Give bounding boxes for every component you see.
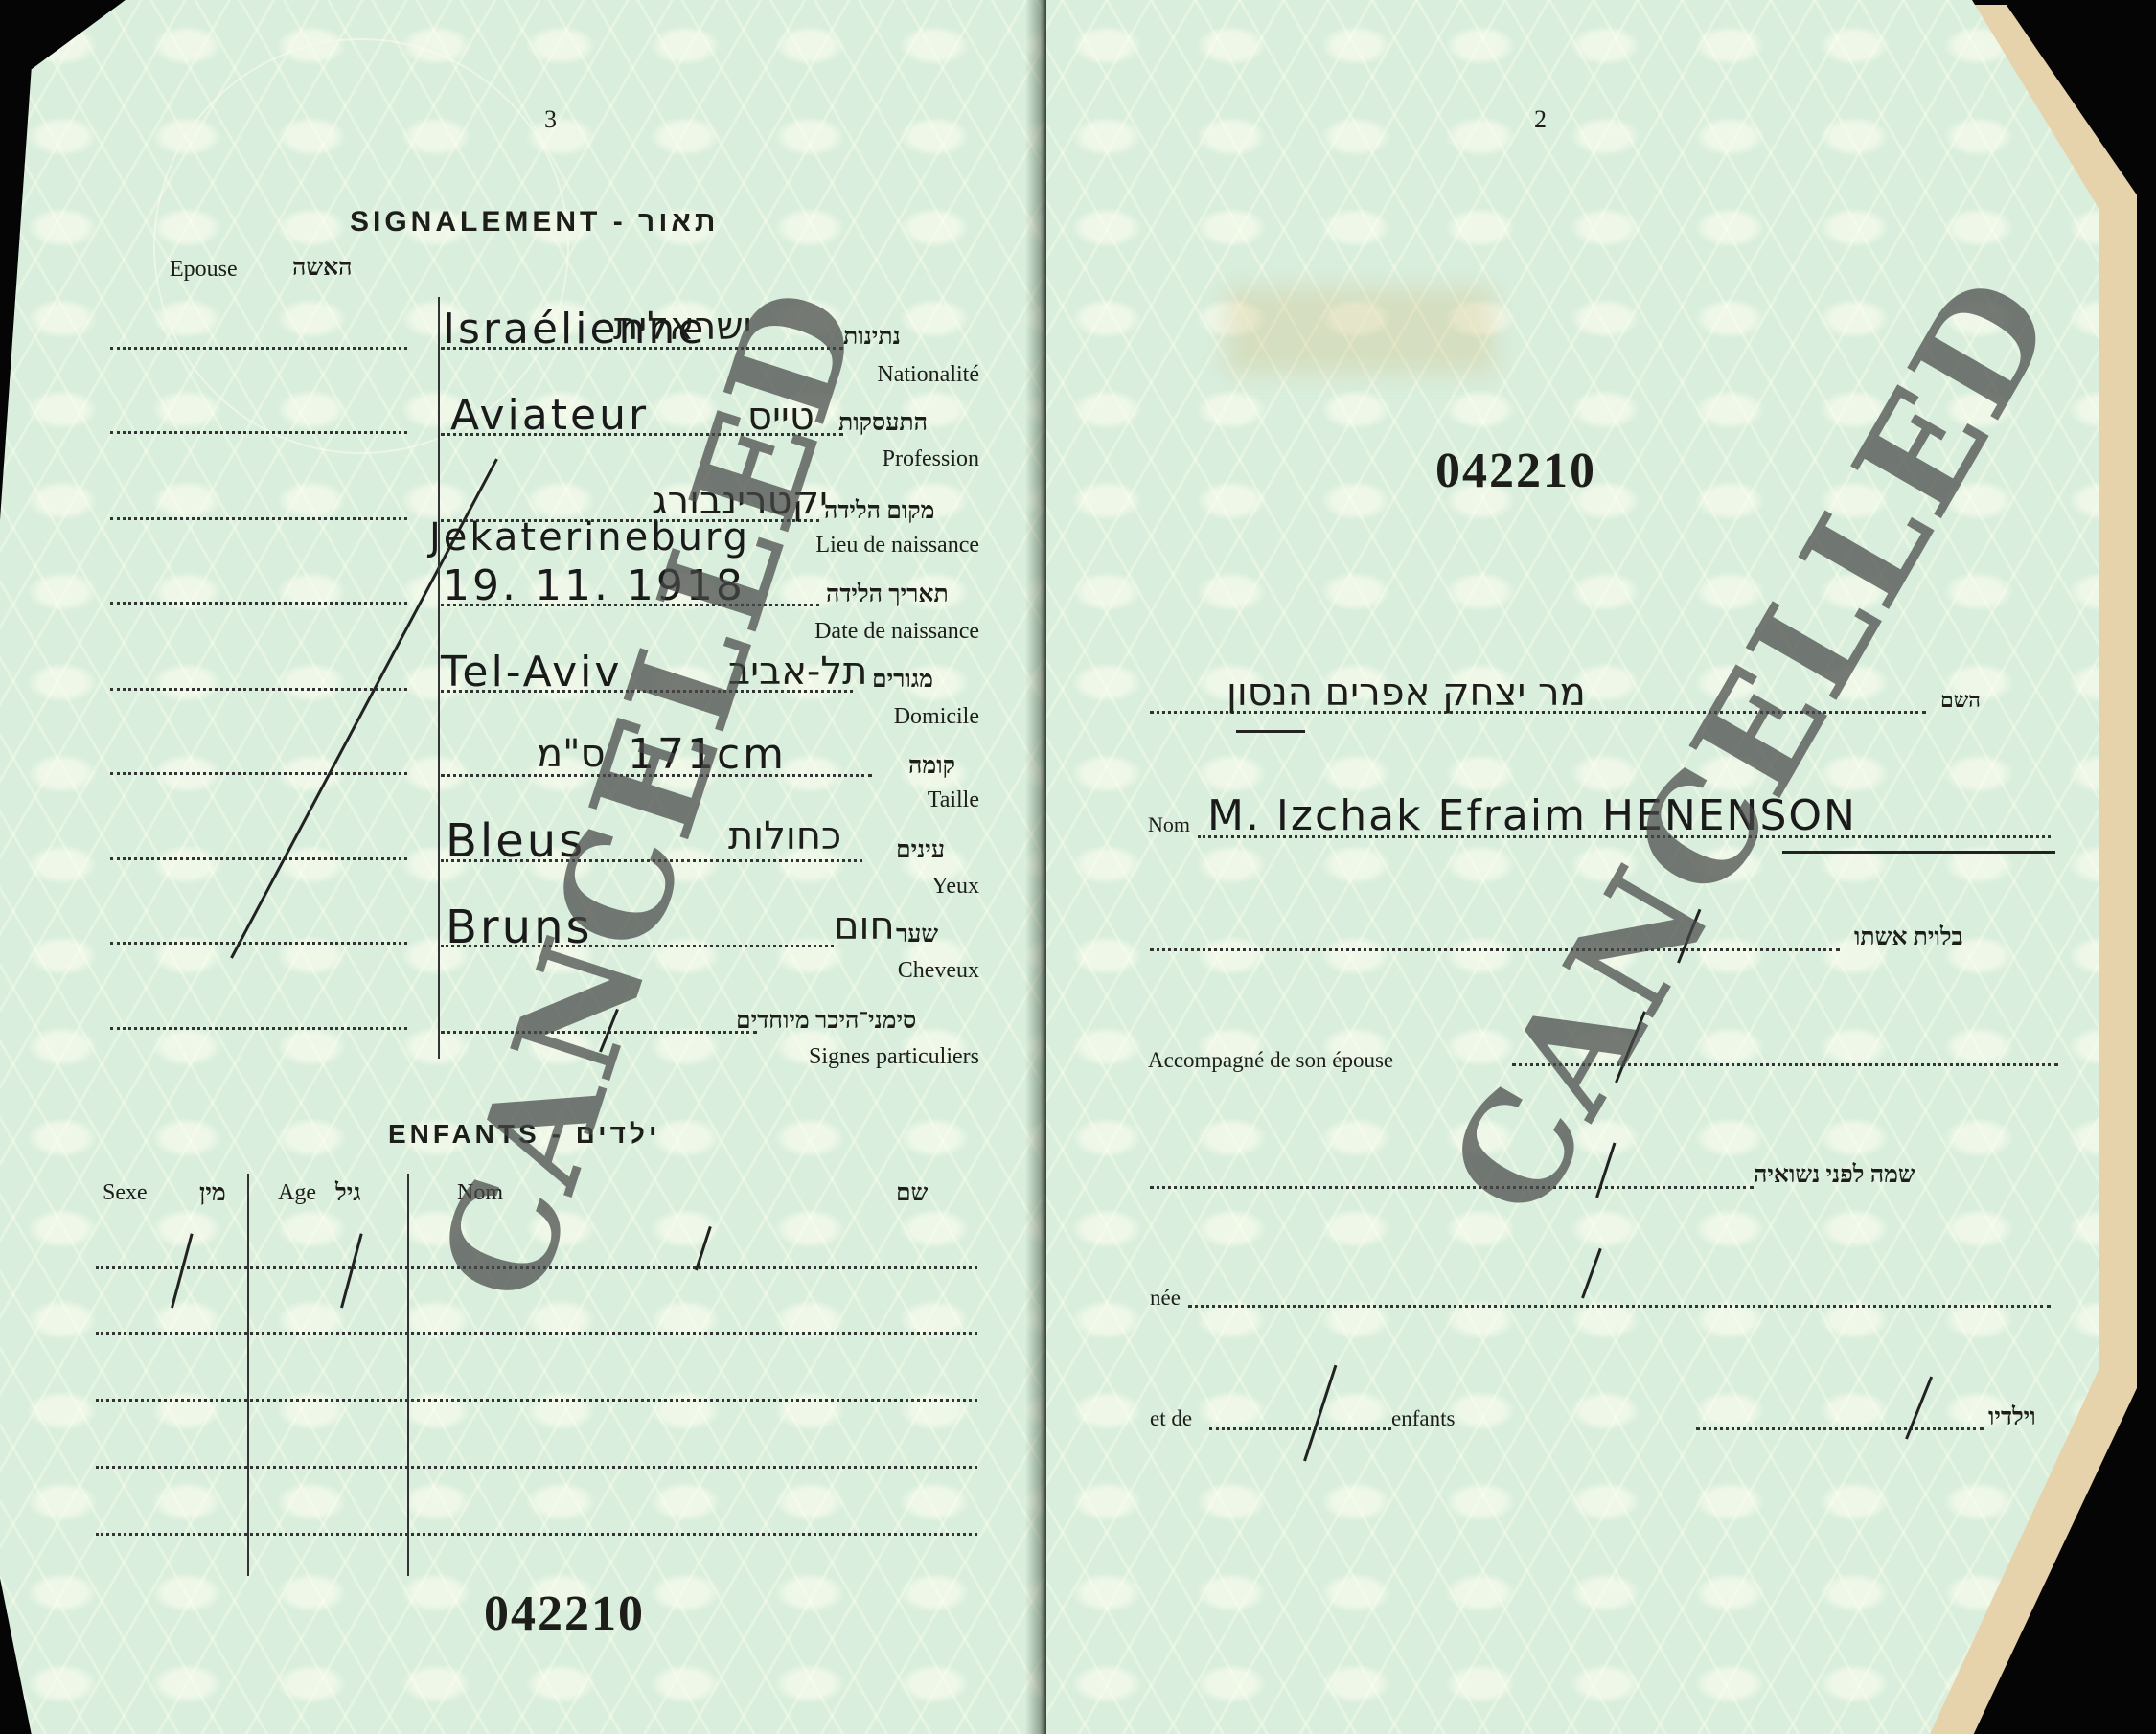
page-number: 3	[544, 105, 557, 134]
underline	[1782, 851, 2055, 854]
children-col-divider	[247, 1174, 249, 1576]
col-sexe-he: מין	[199, 1180, 226, 1207]
underline	[1236, 730, 1305, 733]
spouse-field-line	[110, 688, 407, 691]
spouse-field-line	[110, 772, 407, 775]
children-row	[96, 1332, 977, 1335]
children-row	[96, 1399, 977, 1402]
col-age-he: גיל	[335, 1180, 361, 1207]
spouse-column-label-fr: Epouse	[170, 257, 238, 283]
serial-number: 042210	[1435, 443, 1596, 499]
children-row	[96, 1466, 977, 1469]
strike-sexe	[171, 1233, 194, 1308]
passport-spine	[1025, 0, 1046, 1734]
spouse-field-line	[110, 942, 407, 945]
spouse-field-line	[110, 517, 407, 520]
spouse-field-line	[110, 431, 407, 434]
strike-age	[340, 1233, 363, 1308]
spouse-column-label-he: האשה	[292, 255, 353, 282]
spouse-field-line	[110, 602, 407, 605]
page-number: 2	[1534, 105, 1547, 134]
spouse-field-line	[110, 1027, 407, 1030]
col-sexe: Sexe	[103, 1180, 148, 1206]
paper-stain	[1227, 287, 1495, 374]
signalement-header: SIGNALEMENT - תאור	[350, 206, 719, 239]
col-age: Age	[278, 1180, 316, 1206]
serial-number: 042210	[484, 1586, 645, 1642]
column-divider	[438, 297, 440, 1059]
spouse-field-line	[110, 857, 407, 860]
passport-page-2: 2 042210 מר יצחק אפרים הנסון השם Nom M. …	[1044, 0, 2099, 1734]
children-col-divider	[407, 1174, 409, 1576]
passport-page-3: 3 SIGNALEMENT - תאור Epouse האשה Israéli…	[0, 0, 1044, 1734]
col-nom-he: שם	[896, 1180, 928, 1207]
children-row	[96, 1533, 977, 1536]
cancelled-stamp: CANCELLED	[1416, 248, 2088, 1243]
strike-nom	[695, 1226, 712, 1271]
spouse-field-line	[110, 347, 407, 350]
